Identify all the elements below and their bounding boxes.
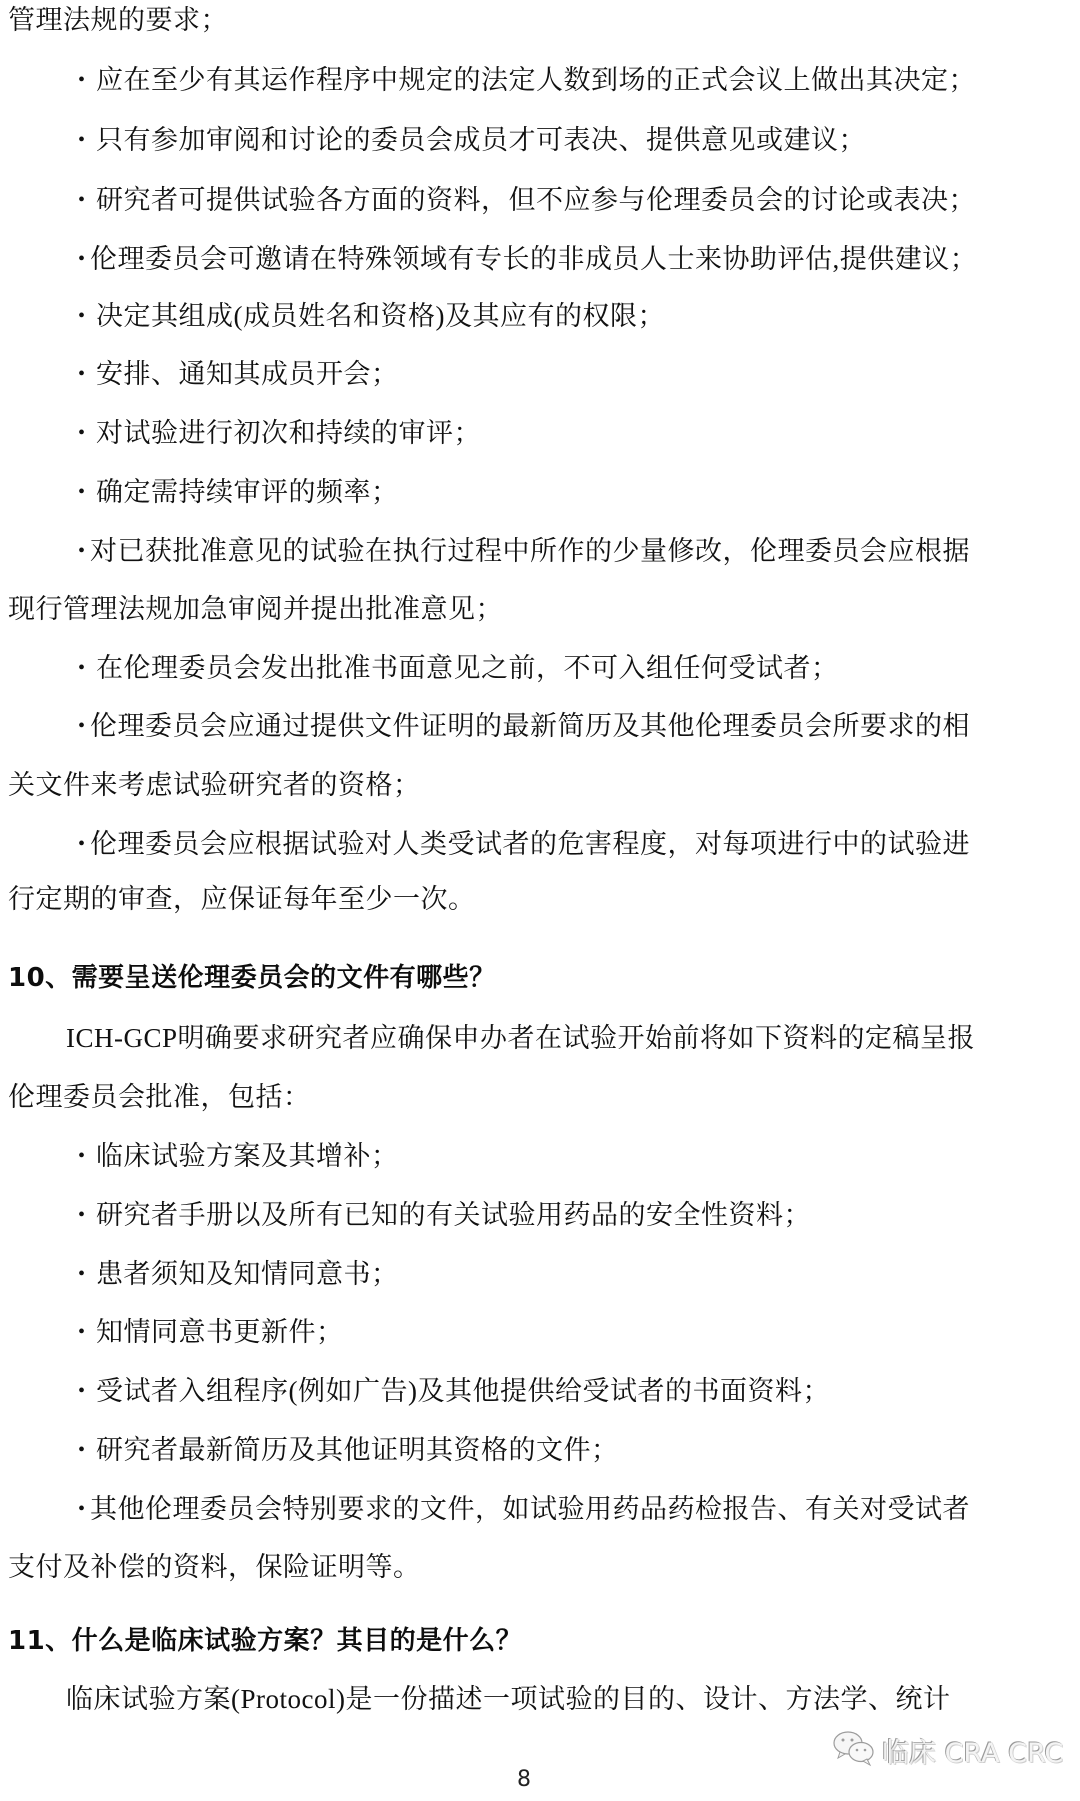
paragraph-text: 临床试验方案(Protocol)是一份描述一项试验的目的、设计、方法学、统计 [66, 1679, 950, 1719]
list-item: •受试者入组程序(例如广告)及其他提供给受试者的书面资料； [0, 1371, 1080, 1411]
bullet-icon: • [78, 1195, 96, 1235]
bullet-icon: • [78, 1312, 96, 1352]
paragraph-continuation: 管理法规的要求； [0, 0, 1080, 40]
watermark: 临床 CRA CRC [832, 1730, 1063, 1770]
paragraph: ICH-GCP明确要求研究者应确保申办者在试验开始前将如下资料的定稿呈报 [0, 1018, 1080, 1058]
text: 管理法规的要求； [8, 0, 228, 40]
bullet-icon: • [78, 120, 96, 160]
list-item-text: 只有参加审阅和讨论的委员会成员才可表决、提供意见或建议； [96, 120, 866, 160]
paragraph-text: 伦理委员会批准，包括： [8, 1077, 311, 1117]
bullet-icon: • [78, 354, 96, 394]
list-item: •确定需持续审评的频率； [0, 472, 1080, 512]
watermark-text: 临床 CRA CRC [882, 1731, 1063, 1770]
list-item-text: 在伦理委员会发出批准书面意见之前，不可入组任何受试者； [96, 648, 839, 688]
list-item-text: 关文件来考虑试验研究者的资格； [8, 765, 421, 805]
list-item-text: 研究者手册以及所有已知的有关试验用药品的安全性资料； [96, 1195, 811, 1235]
list-item-text: 决定其组成(成员姓名和资格)及其应有的权限； [96, 296, 665, 336]
list-item-text: 伦理委员会应通过提供文件证明的最新简历及其他伦理委员会所要求的相 [90, 706, 970, 746]
list-item: •其他伦理委员会特别要求的文件，如试验用药品药检报告、有关对受试者 [0, 1489, 1080, 1529]
page-number: 8 [512, 1765, 536, 1795]
bullet-icon: • [78, 1430, 96, 1470]
list-item-text: 对试验进行初次和持续的审评； [96, 413, 481, 453]
list-item: •在伦理委员会发出批准书面意见之前，不可入组任何受试者； [0, 648, 1080, 688]
list-item: •患者须知及知情同意书； [0, 1254, 1080, 1294]
heading-text: 10、需要呈送伦理委员会的文件有哪些？ [8, 958, 496, 998]
list-item: •应在至少有其运作程序中规定的法定人数到场的正式会议上做出其决定； [0, 60, 1080, 100]
bullet-icon: • [78, 296, 96, 336]
wechat-icon [832, 1729, 876, 1772]
list-item: •研究者最新简历及其他证明其资格的文件； [0, 1430, 1080, 1470]
list-item: •研究者可提供试验各方面的资料，但不应参与伦理委员会的讨论或表决； [0, 180, 1080, 220]
list-item-text: 伦理委员会可邀请在特殊领域有专长的非成员人士来协助评估,提供建议； [90, 239, 977, 279]
bullet-icon: • [78, 824, 90, 864]
list-item: •伦理委员会应根据试验对人类受试者的危害程度，对每项进行中的试验进 [0, 824, 1080, 864]
list-item: •安排、通知其成员开会； [0, 354, 1080, 394]
list-item-text: 知情同意书更新件； [96, 1312, 344, 1352]
list-item-text: 其他伦理委员会特别要求的文件，如试验用药品药检报告、有关对受试者 [90, 1489, 970, 1529]
list-item-wrap: 行定期的审查，应保证每年至少一次。 [0, 879, 1080, 919]
bullet-icon: • [78, 531, 90, 571]
list-item: •对试验进行初次和持续的审评； [0, 413, 1080, 453]
bullet-icon: • [78, 180, 96, 220]
list-item: •研究者手册以及所有已知的有关试验用药品的安全性资料； [0, 1195, 1080, 1235]
bullet-icon: • [78, 1371, 96, 1411]
list-item: •伦理委员会可邀请在特殊领域有专长的非成员人士来协助评估,提供建议； [0, 239, 1080, 279]
section-heading-11: 11、什么是临床试验方案？其目的是什么？ [0, 1621, 1080, 1661]
list-item: •伦理委员会应通过提供文件证明的最新简历及其他伦理委员会所要求的相 [0, 706, 1080, 746]
list-item-text: 受试者入组程序(例如广告)及其他提供给受试者的书面资料； [96, 1371, 830, 1411]
bullet-icon: • [78, 1489, 90, 1529]
list-item-text: 临床试验方案及其增补； [96, 1136, 399, 1176]
paragraph-text: ICH-GCP明确要求研究者应确保申办者在试验开始前将如下资料的定稿呈报 [66, 1018, 975, 1058]
bullet-icon: • [78, 60, 96, 100]
list-item-text: 对已获批准意见的试验在执行过程中所作的少量修改，伦理委员会应根据 [90, 531, 970, 571]
paragraph: 临床试验方案(Protocol)是一份描述一项试验的目的、设计、方法学、统计 [0, 1679, 1080, 1719]
list-item-text: 安排、通知其成员开会； [96, 354, 399, 394]
list-item-text: 确定需持续审评的频率； [96, 472, 399, 512]
section-heading-10: 10、需要呈送伦理委员会的文件有哪些？ [0, 958, 1080, 998]
bullet-icon: • [78, 648, 96, 688]
bullet-icon: • [78, 706, 90, 746]
list-item-wrap: 支付及补偿的资料，保险证明等。 [0, 1547, 1080, 1587]
bullet-icon: • [78, 1136, 96, 1176]
list-item: •临床试验方案及其增补； [0, 1136, 1080, 1176]
list-item: •知情同意书更新件； [0, 1312, 1080, 1352]
list-item-text: 支付及补偿的资料，保险证明等。 [8, 1547, 421, 1587]
bullet-icon: • [78, 1254, 96, 1294]
list-item-text: 现行管理法规加急审阅并提出批准意见； [8, 589, 503, 629]
bullet-icon: • [78, 472, 96, 512]
list-item: •决定其组成(成员姓名和资格)及其应有的权限； [0, 296, 1080, 336]
paragraph-wrap: 伦理委员会批准，包括： [0, 1077, 1080, 1117]
list-item-text: 应在至少有其运作程序中规定的法定人数到场的正式会议上做出其决定； [96, 60, 976, 100]
list-item-wrap: 关文件来考虑试验研究者的资格； [0, 765, 1080, 805]
list-item-text: 患者须知及知情同意书； [96, 1254, 399, 1294]
list-item: •对已获批准意见的试验在执行过程中所作的少量修改，伦理委员会应根据 [0, 531, 1080, 571]
list-item-text: 研究者可提供试验各方面的资料，但不应参与伦理委员会的讨论或表决； [96, 180, 976, 220]
list-item-text: 伦理委员会应根据试验对人类受试者的危害程度，对每项进行中的试验进 [90, 824, 970, 864]
bullet-icon: • [78, 239, 90, 279]
list-item-wrap: 现行管理法规加急审阅并提出批准意见； [0, 589, 1080, 629]
heading-text: 11、什么是临床试验方案？其目的是什么？ [8, 1621, 522, 1661]
bullet-icon: • [78, 413, 96, 453]
list-item-text: 研究者最新简历及其他证明其资格的文件； [96, 1430, 619, 1470]
document-page: 管理法规的要求； •应在至少有其运作程序中规定的法定人数到场的正式会议上做出其决… [0, 0, 1080, 1801]
list-item: •只有参加审阅和讨论的委员会成员才可表决、提供意见或建议； [0, 120, 1080, 160]
list-item-text: 行定期的审查，应保证每年至少一次。 [8, 879, 476, 919]
